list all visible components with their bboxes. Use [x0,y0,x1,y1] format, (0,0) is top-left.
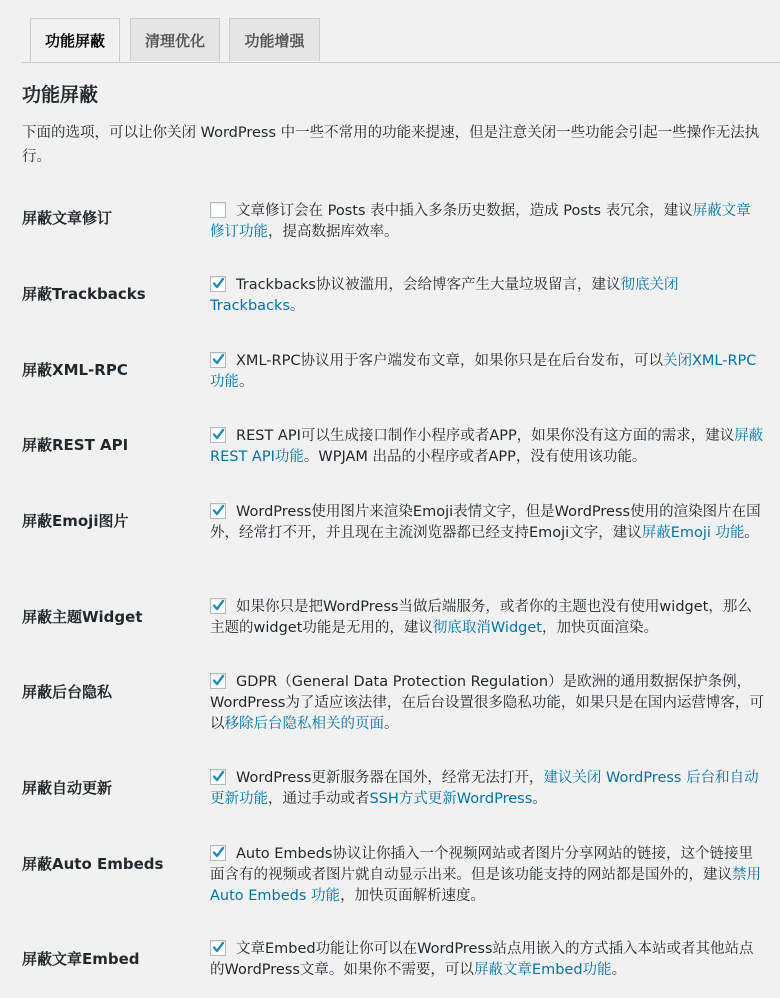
setting-label: 屏蔽Auto Embeds [22,853,163,874]
setting-description: 文章修订会在 Posts 表中插入多条历史数据，造成 Posts 表冗余，建议屏… [210,201,765,243]
setting-label: 屏蔽XML-RPC [22,359,128,380]
link-remove-privacy-pages[interactable]: 移除后台隐私相关的页面 [225,716,385,732]
desc-text: ，提高数据库效率。 [268,224,399,240]
intro-text: 下面的选项，可以让你关闭 WordPress 中一些不常用的功能来提速，但是注意… [22,121,767,169]
checkmark-icon [212,941,225,954]
page-title: 功能屏蔽 [22,80,98,107]
checkbox-post-embed[interactable] [210,940,226,956]
checkbox-privacy[interactable] [210,673,226,689]
desc-text: 。 [612,962,627,978]
checkbox-auto-embeds[interactable] [210,845,226,861]
checkbox-emoji[interactable] [210,503,226,519]
checkmark-icon [212,770,225,783]
tab-feature-enhance[interactable]: 功能增强 [229,18,320,61]
checkbox-auto-update[interactable] [210,769,226,785]
setting-label: 屏蔽Emoji图片 [22,510,128,531]
setting-description: WordPress更新服务器在国外，经常无法打开，建议关闭 WordPress … [210,768,765,810]
setting-description: 文章Embed功能让你可以在WordPress站点用嵌入的方式插入本站或者其他站… [210,939,765,981]
setting-description: XML-RPC协议用于客户端发布文章，如果你只是在后台发布，可以关闭XML-RP… [210,351,765,393]
desc-text: Auto Embeds协议让你插入一个视频网站或者图片分享网站的链接，这个链接里… [210,846,753,883]
tab-cleanup-optimize[interactable]: 清理优化 [130,18,220,61]
checkbox-rest-api[interactable] [210,427,226,443]
checkmark-icon [212,599,225,612]
setting-label: 屏蔽自动更新 [22,777,112,798]
checkmark-icon [212,353,225,366]
link-ssh-update[interactable]: SSH方式更新WordPress [370,791,533,807]
desc-text: ，加快页面渲染。 [542,620,658,636]
desc-text: 。 [239,374,254,390]
checkbox-xmlrpc[interactable] [210,352,226,368]
setting-description: Auto Embeds协议让你插入一个视频网站或者图片分享网站的链接，这个链接里… [210,844,765,907]
setting-label: 屏蔽文章Embed [22,948,140,969]
setting-description: GDPR（General Data Protection Regulation）… [210,672,765,735]
setting-description: 如果你只是把WordPress当做后端服务，或者你的主题也没有使用widget，… [210,597,765,639]
desc-text: WordPress更新服务器在国外，经常无法打开， [236,770,543,786]
checkbox-revisions[interactable] [210,202,226,218]
checkmark-icon [212,277,225,290]
setting-description: REST API可以生成接口制作小程序或者APP，如果你没有这方面的需求，建议屏… [210,426,765,468]
desc-text: 。WPJAM 出品的小程序或者APP，没有使用该功能。 [304,449,647,465]
link-disable-post-embed[interactable]: 屏蔽文章Embed功能 [474,962,612,978]
setting-label: 屏蔽主题Widget [22,606,143,627]
setting-description: WordPress使用图片来渲染Emoji表情文字，但是WordPress使用的… [210,502,765,544]
checkmark-icon [212,428,225,441]
setting-label: 屏蔽文章修订 [22,207,112,228]
checkbox-widget[interactable] [210,598,226,614]
checkmark-icon [212,846,225,859]
desc-text: ，加快页面解析速度。 [340,888,485,904]
desc-text: ，通过手动或者 [268,791,370,807]
setting-label: 屏蔽后台隐私 [22,681,112,702]
checkbox-trackbacks[interactable] [210,276,226,292]
desc-text: Trackbacks协议被滥用，会给博客产生大量垃圾留言，建议 [236,277,620,293]
checkmark-icon [212,674,225,687]
setting-label: 屏蔽Trackbacks [22,283,146,304]
checkmark-icon [212,504,225,517]
desc-text: 。 [384,716,399,732]
desc-text: 。 [532,791,547,807]
tab-bar: 功能屏蔽 清理优化 功能增强 [22,0,780,63]
desc-text: XML-RPC协议用于客户端发布文章，如果你只是在后台发布，可以 [236,353,663,369]
desc-text: 文章修订会在 Posts 表中插入多条历史数据，造成 Posts 表冗余，建议 [236,203,693,219]
tab-feature-block[interactable]: 功能屏蔽 [30,18,120,62]
setting-description: Trackbacks协议被滥用，会给博客产生大量垃圾留言，建议彻底关闭Track… [210,275,765,317]
link-disable-emoji[interactable]: 屏蔽Emoji 功能 [642,525,745,541]
link-disable-widget[interactable]: 彻底取消Widget [433,620,542,636]
desc-text: 。 [290,298,305,314]
setting-label: 屏蔽REST API [22,434,128,455]
desc-text: REST API可以生成接口制作小程序或者APP，如果你没有这方面的需求，建议 [236,428,734,444]
desc-text: 。 [745,525,760,541]
